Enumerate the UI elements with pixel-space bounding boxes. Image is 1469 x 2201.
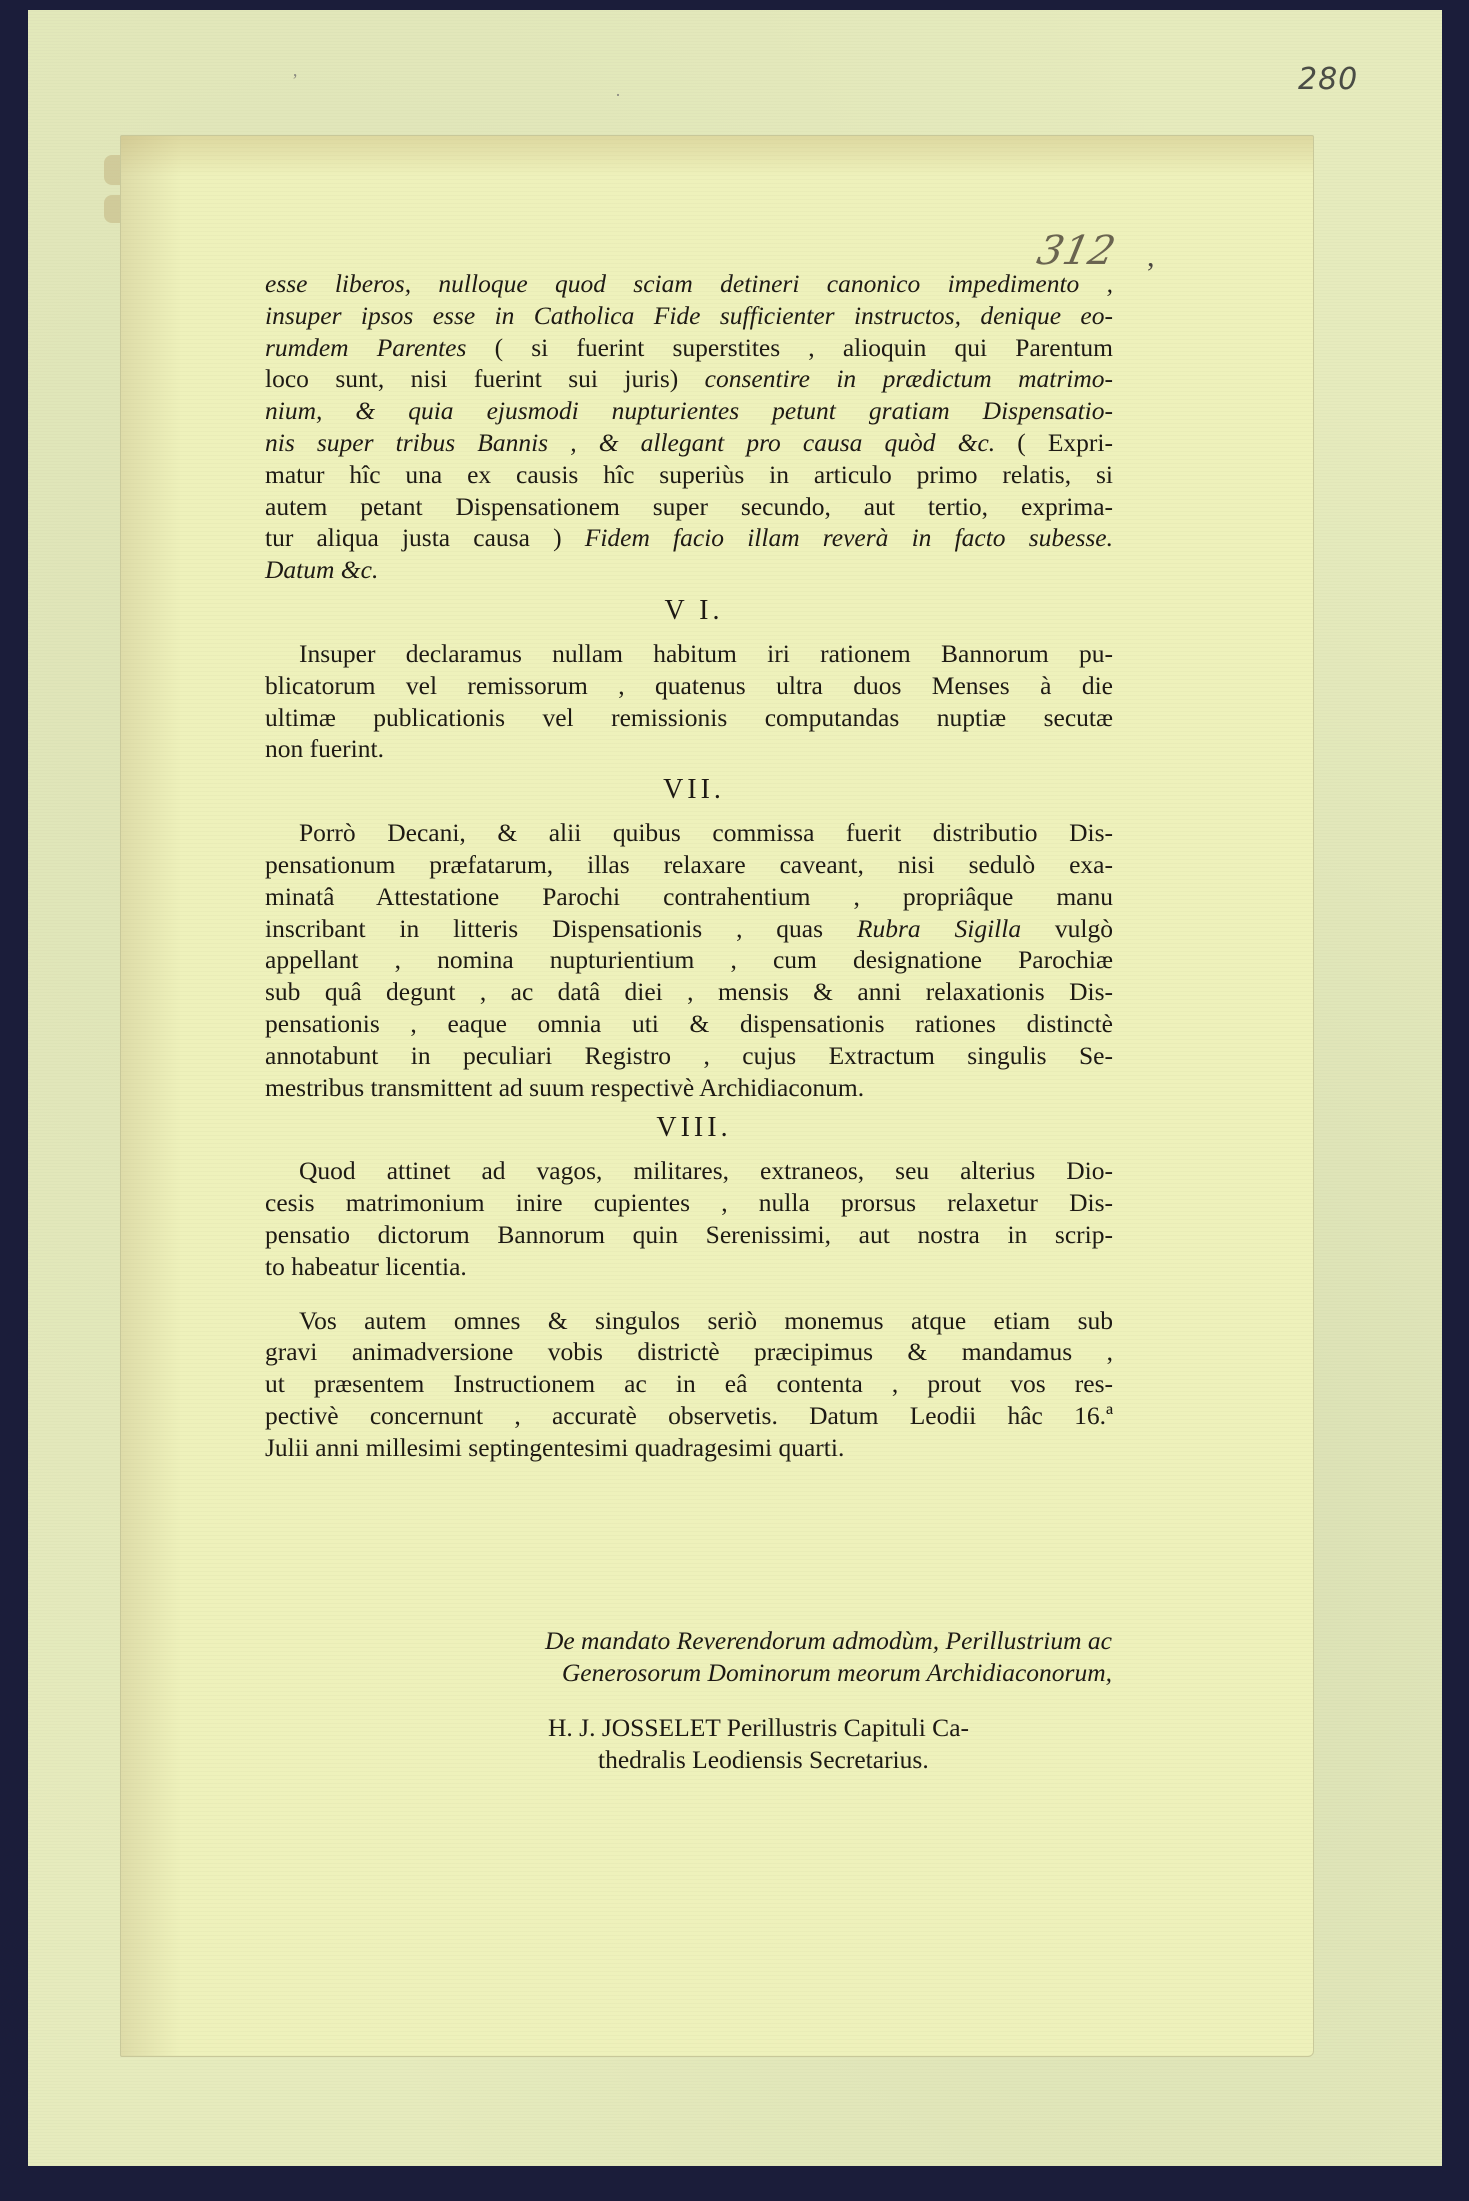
roman-text: appellant , nomina nupturientium , cum d…	[265, 945, 1113, 974]
italic-text: Fidem facio illam reverà in facto subess…	[585, 523, 1113, 552]
roman-text: matur hîc una ex causis hîc superiùs in …	[265, 460, 1113, 489]
text-line: nium, & quia ejusmodi nupturientes petun…	[265, 395, 1113, 427]
section-heading-vii: VII.	[265, 765, 1113, 817]
closing-paragraph: Vos autem omnes & singulos seriò monemus…	[265, 1305, 1113, 1464]
text-line: tur aliqua justa causa ) Fidem facio ill…	[265, 522, 1113, 554]
italic-text: rumdem Parentes	[265, 333, 495, 362]
text-line: ultimæ publicationis vel remissionis com…	[265, 702, 1113, 734]
folio-number: 280	[1298, 62, 1358, 97]
text-line: Datum &c.	[265, 554, 1113, 586]
roman-text: pensationis , eaque omnia uti & dispensa…	[265, 1009, 1113, 1038]
paper-speck: ʼ	[292, 70, 298, 91]
paragraph-gap	[265, 1283, 1113, 1305]
text-line: Insuper declaramus nullam habitum iri ra…	[265, 638, 1113, 670]
text-line: ut præsentem Instructionem ac in eâ cont…	[265, 1368, 1113, 1400]
text-line: Vos autem omnes & singulos seriò monemus…	[265, 1305, 1113, 1337]
roman-text: sub quâ degunt , ac datâ diei , mensis &…	[265, 977, 1113, 1006]
text-line: matur hîc una ex causis hîc superiùs in …	[265, 459, 1113, 491]
roman-text: annotabunt in peculiari Registro , cujus…	[265, 1041, 1113, 1070]
text-line: annotabunt in peculiari Registro , cujus…	[265, 1040, 1113, 1072]
mandate-line: De mandato Reverendorum admodùm, Perillu…	[392, 1625, 1112, 1657]
roman-text: tur aliqua justa causa )	[265, 523, 585, 552]
signer-line: thedralis Leodiensis Secretarius.	[598, 1744, 929, 1776]
text-line: autem petant Dispensationem super secund…	[265, 491, 1113, 523]
italic-text: nium, & quia ejusmodi nupturientes petun…	[265, 396, 1113, 425]
text-line: pectivè concernunt , accuratè observetis…	[265, 1400, 1113, 1432]
roman-text: inscribant in litteris Dispensationis , …	[265, 914, 857, 943]
text-line: sub quâ degunt , ac datâ diei , mensis &…	[265, 976, 1113, 1008]
italic-text: consentire in prædictum matrimo-	[705, 364, 1113, 393]
roman-text: mestribus transmittent ad suum respectiv…	[265, 1073, 864, 1102]
italic-text: nis super tribus Bannis , & allegant pro…	[265, 428, 1017, 457]
text-line: pensationis , eaque omnia uti & dispensa…	[265, 1008, 1113, 1040]
text-line: inscribant in litteris Dispensationis , …	[265, 913, 1113, 945]
italic-text: Datum &c.	[265, 555, 378, 584]
italic-text: insuper ipsos esse in Catholica Fide suf…	[265, 301, 1113, 330]
roman-text: vulgò	[1021, 914, 1113, 943]
text-line: pensationum præfatarum, illas relaxare c…	[265, 849, 1113, 881]
text-line: Porrò Decani, & alii quibus commissa fue…	[265, 817, 1113, 849]
roman-text: autem petant Dispensationem super secund…	[265, 492, 1113, 521]
text-line: blicatorum vel remissorum , quatenus ult…	[265, 670, 1113, 702]
text-line: gravi animadversione vobis districtè præ…	[265, 1336, 1113, 1368]
text-line: Julii anni millesimi septingentesimi qua…	[265, 1432, 1113, 1464]
text-line: nis super tribus Bannis , & allegant pro…	[265, 427, 1113, 459]
paper-speck: ·	[615, 85, 621, 106]
section-viii-paragraph: Quod attinet ad vagos, militares, extran…	[265, 1155, 1113, 1282]
text-line: Quod attinet ad vagos, militares, extran…	[265, 1155, 1113, 1187]
text-line: rumdem Parentes ( si fuerint superstites…	[265, 332, 1113, 364]
roman-text: ( si fuerint superstites , alioquin qui …	[495, 333, 1113, 362]
text-line: minatâ Attestatione Parochi contrahentiu…	[265, 881, 1113, 913]
roman-text: Porrò Decani, & alii quibus commissa fue…	[299, 818, 1113, 847]
section-vii-paragraph: Porrò Decani, & alii quibus commissa fue…	[265, 817, 1113, 1103]
text-line: esse liberos, nulloque quod sciam detine…	[265, 268, 1113, 300]
section-heading-viii: VIII.	[265, 1103, 1113, 1155]
italic-text: esse liberos, nulloque quod sciam detine…	[265, 269, 1113, 298]
roman-text: pensationum præfatarum, illas relaxare c…	[265, 850, 1113, 879]
section-heading-vi: V I.	[265, 586, 1113, 638]
italic-text: Rubra Sigilla	[857, 914, 1021, 943]
signer-line: H. J. JOSSELET Perillustris Capituli Ca-	[548, 1712, 969, 1744]
text-line: mestribus transmittent ad suum respectiv…	[265, 1072, 1113, 1104]
roman-text: ( Expri-	[1017, 428, 1113, 457]
mandate-line: Generosorum Dominorum meorum Archidiacon…	[392, 1657, 1112, 1689]
text-line: insuper ipsos esse in Catholica Fide suf…	[265, 300, 1113, 332]
text-line: cesis matrimonium inire cupientes , null…	[265, 1187, 1113, 1219]
text-line: loco sunt, nisi fuerint sui juris) conse…	[265, 363, 1113, 395]
text-line: appellant , nomina nupturientium , cum d…	[265, 944, 1113, 976]
text-line: non fuerint.	[265, 733, 1113, 765]
document-body: esse liberos, nulloque quod sciam detine…	[265, 268, 1113, 1464]
continuation-paragraph: esse liberos, nulloque quod sciam detine…	[265, 268, 1113, 586]
section-vi-paragraph: Insuper declaramus nullam habitum iri ra…	[265, 638, 1113, 765]
mandate-text: De mandato Reverendorum admodùm, Perillu…	[392, 1625, 1112, 1689]
handwritten-mark: ,	[1147, 240, 1155, 274]
text-line: to habeatur licentia.	[265, 1251, 1113, 1283]
roman-text: minatâ Attestatione Parochi contrahentiu…	[265, 882, 1113, 911]
roman-text: loco sunt, nisi fuerint sui juris)	[265, 364, 705, 393]
text-line: pensatio dictorum Bannorum quin Sereniss…	[265, 1219, 1113, 1251]
